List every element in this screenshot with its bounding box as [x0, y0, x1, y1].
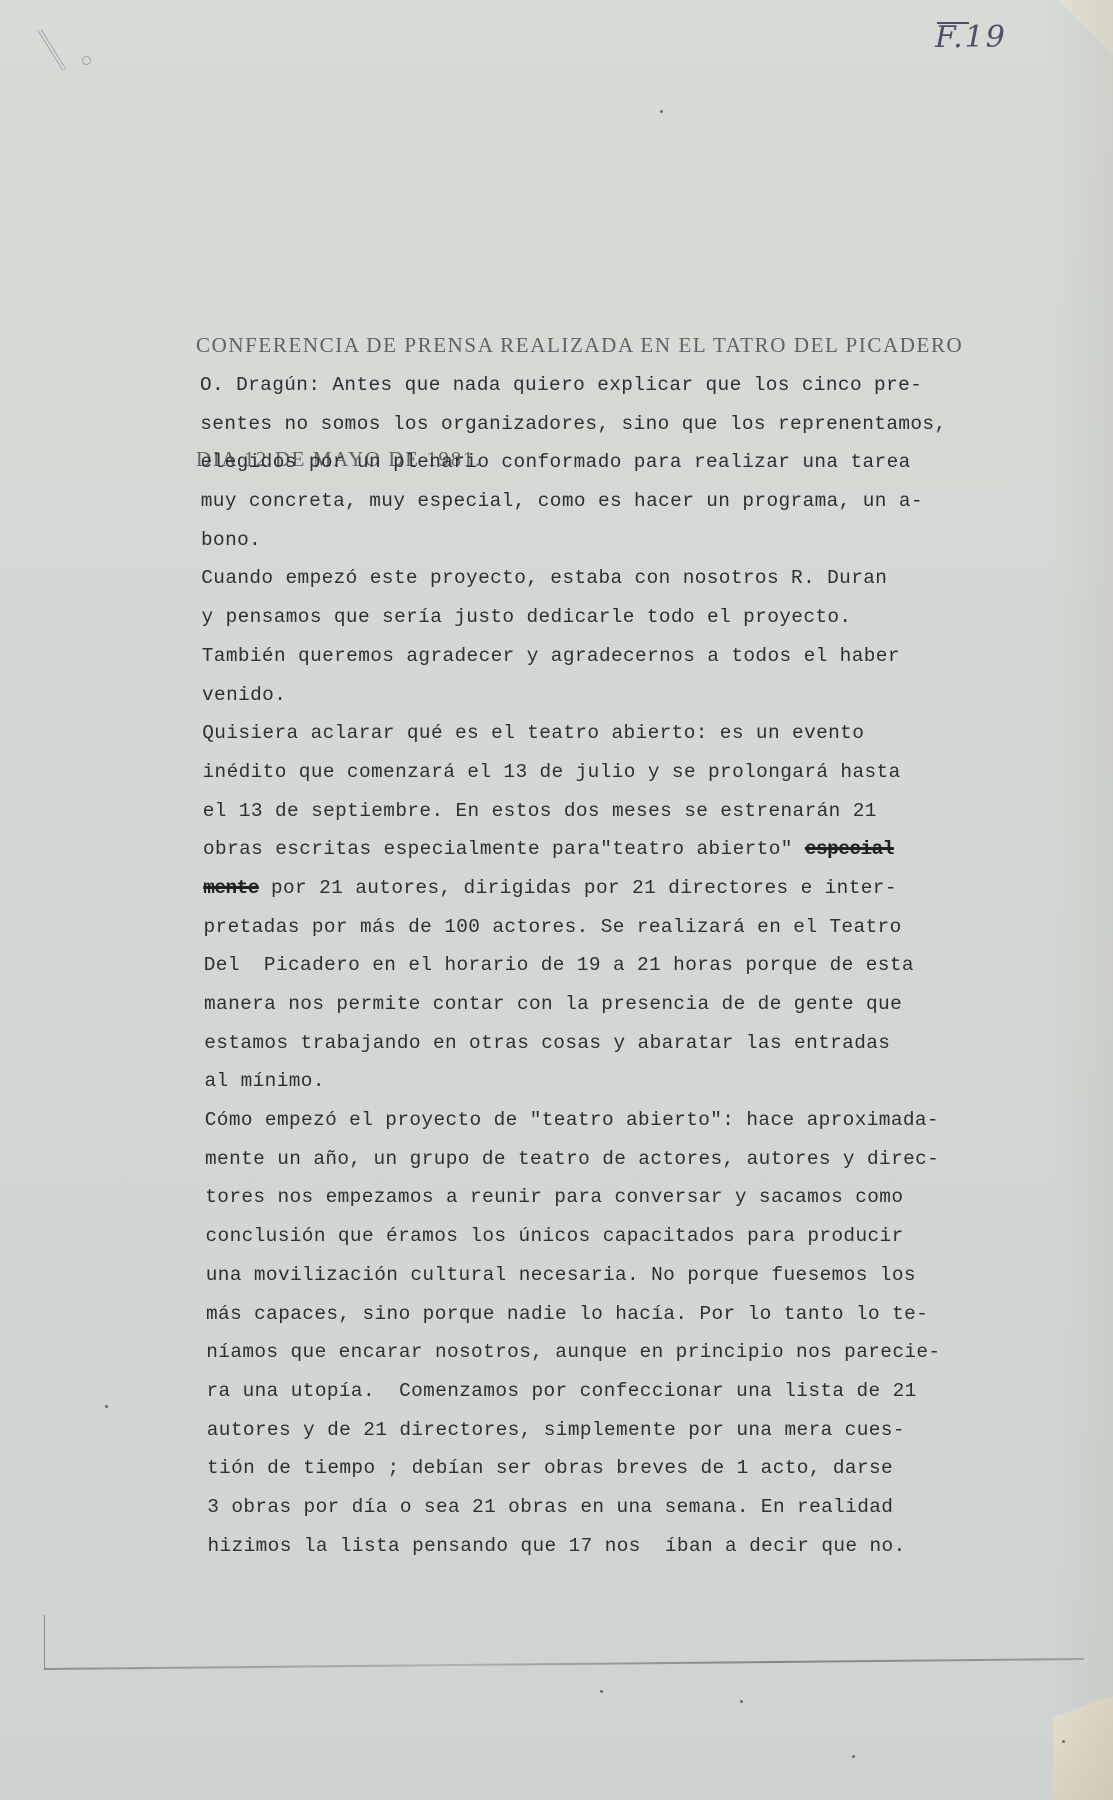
staple-hole-icon — [82, 56, 91, 65]
text-line: al mínimo. — [205, 1062, 1091, 1101]
text-line: autores y de 21 directores, simplemente … — [207, 1411, 1090, 1450]
line-text: bono. — [201, 529, 261, 551]
line-text: Cómo empezó el proyecto de "teatro abier… — [205, 1109, 939, 1131]
text-line: venido. — [202, 676, 1090, 715]
text-line: Quisiera aclarar qué es el teatro abiert… — [202, 714, 1090, 753]
text-line: tión de tiempo ; debían ser obras breves… — [207, 1449, 1090, 1488]
text-line: muy concreta, muy especial, como es hace… — [201, 482, 1090, 521]
folded-corner-bottom — [1053, 1630, 1113, 1800]
text-line: obras escritas especialmente para"teatro… — [203, 830, 1090, 869]
text-line: mente un año, un grupo de teatro de acto… — [205, 1140, 1090, 1179]
line-text: hizimos la lista pensando que 17 nos íba… — [208, 1535, 906, 1557]
line-text: y pensamos que sería justo dedicarle tod… — [202, 606, 852, 628]
line-text: una movilización cultural necesaria. No … — [206, 1264, 916, 1286]
line-text: ra una utopía. Comenzamos por confeccion… — [207, 1380, 917, 1402]
paper-speck — [740, 1700, 743, 1703]
text-line: O. Dragún: Antes que nada quiero explica… — [200, 366, 1090, 405]
line-text: inédito que comenzará el 13 de julio y s… — [203, 761, 901, 783]
line-text: Cuando empezó este proyecto, estaba con … — [201, 567, 887, 589]
text-line: el 13 de septiembre. En estos dos meses … — [203, 792, 1090, 831]
text-line: tores nos empezamos a reunir para conver… — [205, 1178, 1090, 1217]
line-text: O. Dragún: Antes que nada quiero explica… — [200, 374, 922, 396]
text-line: más capaces, sino porque nadie lo hacía.… — [206, 1295, 1090, 1334]
text-line: conclusión que éramos los únicos capacit… — [206, 1217, 1091, 1256]
line-text: muy concreta, muy especial, como es hace… — [201, 490, 923, 512]
text-line: mente por 21 autores, dirigidas por 21 d… — [203, 869, 1090, 908]
paper-speck — [1062, 1740, 1065, 1743]
paper-speck — [600, 1690, 603, 1693]
line-text: 3 obras por día o sea 21 obras en una se… — [207, 1496, 893, 1518]
line-text: manera nos permite contar con la presenc… — [204, 993, 902, 1015]
line-text: conclusión que éramos los únicos capacit… — [206, 1225, 904, 1247]
line-text: por 21 autores, dirigidas por 21 directo… — [259, 877, 897, 899]
line-text: mente un año, un grupo de teatro de acto… — [205, 1148, 939, 1170]
text-line: ra una utopía. Comenzamos por confeccion… — [207, 1372, 1091, 1411]
line-text: Del Picadero en el horario de 19 a 21 ho… — [204, 954, 914, 976]
text-line: una movilización cultural necesaria. No … — [206, 1256, 1090, 1295]
text-line: estamos trabajando en otras cosas y abar… — [204, 1024, 1090, 1063]
text-line: Del Picadero en el horario de 19 a 21 ho… — [204, 946, 1090, 985]
text-line: inédito que comenzará el 13 de julio y s… — [203, 753, 1091, 792]
text-line: 3 obras por día o sea 21 obras en una se… — [207, 1488, 1090, 1527]
line-text: níamos que encarar nosotros, aunque en p… — [206, 1341, 940, 1363]
line-text: elegidos por un plenario conformado para… — [201, 451, 911, 473]
line-text: tores nos empezamos a reunir para conver… — [205, 1186, 903, 1208]
line-text: tión de tiempo ; debían ser obras breves… — [207, 1457, 893, 1479]
line-text: sentes no somos los organizadores, sino … — [200, 413, 946, 435]
line-text: autores y de 21 directores, simplemente … — [207, 1419, 905, 1441]
line-text: estamos trabajando en otras cosas y abar… — [204, 1032, 890, 1054]
line-text: más capaces, sino porque nadie lo hacía.… — [206, 1303, 928, 1325]
text-line: pretadas por más de 100 actores. Se real… — [204, 908, 1091, 947]
text-line: sentes no somos los organizadores, sino … — [200, 405, 1090, 444]
staple-icon — [38, 29, 67, 72]
typewritten-page: F.19 CONFERENCIA DE PRENSA REALIZADA EN … — [0, 0, 1113, 1800]
line-text: venido. — [202, 684, 286, 706]
paper-speck — [852, 1755, 855, 1758]
text-line: hizimos la lista pensando que 17 nos íba… — [208, 1527, 1091, 1566]
heading-line-1: CONFERENCIA DE PRENSA REALIZADA EN EL TA… — [196, 326, 963, 364]
line-text: obras escritas especialmente para"teatro… — [203, 838, 805, 860]
text-line: manera nos permite contar con la presenc… — [204, 985, 1090, 1024]
line-text: el 13 de septiembre. En estos dos meses … — [203, 800, 877, 822]
line-text: También queremos agradecer y agradecerno… — [202, 645, 900, 667]
page-border-bottom — [44, 1658, 1084, 1670]
text-line: Cuando empezó este proyecto, estaba con … — [201, 559, 1090, 598]
text-line: bono. — [201, 521, 1090, 560]
paper-speck — [660, 110, 663, 113]
line-text: pretadas por más de 100 actores. Se real… — [204, 916, 902, 938]
paper-speck — [105, 1405, 108, 1408]
transcript-body: O. Dragún: Antes que nada quiero explica… — [200, 366, 1090, 1565]
struck-out-text: mente — [203, 877, 259, 899]
text-line: elegidos por un plenario conformado para… — [201, 443, 1091, 482]
text-line: También queremos agradecer y agradecerno… — [202, 637, 1090, 676]
folded-corner-top — [1058, 0, 1113, 55]
line-text: al mínimo. — [205, 1070, 325, 1092]
struck-out-text: especial — [805, 838, 894, 860]
line-text: Quisiera aclarar qué es el teatro abiert… — [202, 722, 864, 744]
page-border-left — [44, 1615, 45, 1670]
text-line: Cómo empezó el proyecto de "teatro abier… — [205, 1101, 1090, 1140]
text-line: y pensamos que sería justo dedicarle tod… — [202, 598, 1091, 637]
handwritten-folio-number: F.19 — [935, 20, 1007, 55]
text-line: níamos que encarar nosotros, aunque en p… — [206, 1333, 1090, 1372]
